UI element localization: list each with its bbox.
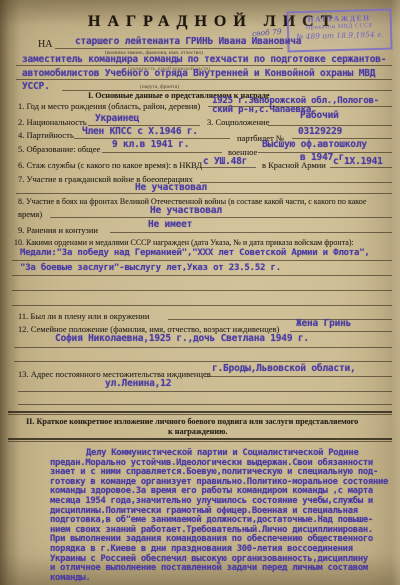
field-12-value-1: Жена Гринь (296, 318, 351, 329)
position-line-2: автомобилистов Учебного отряда Внутренне… (22, 68, 375, 79)
field-10-value-2: "За боевые заслуги"-выслугу лет,Указ от … (20, 263, 281, 273)
field-3-value: Рабочий (300, 110, 339, 121)
field-6-value: с УШ.48г (203, 156, 247, 167)
citation-line: При выполнении задания командования по о… (50, 534, 373, 544)
citation-line: подготовка,в об"еме занимаемой должности… (50, 515, 373, 525)
citation-line: порядка в г.Киеве в дни празднования 300… (50, 544, 353, 554)
form-line (14, 361, 392, 362)
award-stamp: НАГРАЖДЕН Приказом МВД СССР № 489 от 18.… (286, 9, 392, 53)
citation-line: и отличное выполнение поставленной задач… (50, 563, 368, 573)
form-line (14, 347, 392, 348)
field-13-value-2: ул.Ленина,12 (105, 378, 171, 389)
field-6-label: 6. Стаж службы (с какого по какое время)… (18, 160, 202, 170)
form-line (12, 290, 392, 291)
field-4-value: Член КПСС с Х.1946 г. (82, 126, 198, 137)
field-4b-value: 03129229 (298, 126, 342, 137)
field-3-label: 3. Соцположение (207, 117, 269, 127)
na-label: НА (38, 39, 52, 50)
field-2-label: 2. Национальность (18, 117, 87, 127)
field-6b-value: с 1Х.1941 (333, 156, 383, 167)
field-5-value: 9 кл.в 1941 г. (112, 139, 189, 150)
citation-line: команды здоровое.За время его работы ком… (50, 486, 373, 496)
field-1-label: 1. Год и место рождения (область, район,… (18, 101, 200, 111)
form-line (208, 106, 392, 107)
citation-line: Делу Коммунистической партии и Социалист… (86, 448, 359, 458)
field-8-label-2: время) (18, 209, 42, 219)
field-11-label: 11. Был ли в плену или в окружении (18, 311, 149, 321)
form-line (12, 260, 392, 261)
form-line (18, 391, 392, 392)
field-6b-label: в Красной Армии (262, 160, 326, 170)
form-line (205, 376, 392, 377)
position-line-1: заместитель командира команды по техчаст… (22, 54, 386, 65)
section-divider (8, 414, 392, 415)
recipient-name: старшего лейтенанта ГРИНЬ Ивана Иванович… (75, 36, 301, 47)
form-line (200, 167, 256, 168)
form-line (290, 331, 392, 332)
section-divider (8, 411, 392, 413)
position-line-3: УССР. (22, 81, 50, 92)
form-line (50, 217, 392, 218)
field-5-label: 5. Образование: общее (18, 144, 100, 154)
citation-line: месяца 1954 года,значительно улучшилось … (50, 496, 373, 506)
field-4-label: 4. Партийность (18, 130, 74, 140)
form-line (18, 404, 392, 405)
field-10-label: 10. Какими орденами и медалями СССР нагр… (14, 238, 354, 247)
section-divider (8, 438, 392, 440)
field-8-value: Не участвовал (150, 205, 222, 216)
award-sheet-document: НАГРАДНОЙ ЛИСТ НАГРАЖДЕН Приказом МВД СС… (0, 0, 400, 585)
field-7-value: Не участвовал (135, 182, 207, 193)
field-10-value-1: Медали:"За победу над Германией","ХХХ ле… (20, 248, 370, 258)
field-12-value-2: София Николаевна,1925 г.,дочь Светлана 1… (55, 333, 309, 344)
field-9-value: Не имеет (148, 219, 192, 230)
section-2-heading-2: к награждению. (168, 427, 227, 436)
field-13-value-1: г.Броды,Львовской области, (212, 363, 356, 374)
form-line (200, 182, 392, 183)
section-divider (8, 441, 392, 442)
form-line (12, 275, 392, 276)
okrug-sublabel: (округа, фронта) (140, 84, 179, 90)
field-9-label: 9. Ранения и контузии (18, 225, 98, 235)
form-line (110, 232, 392, 233)
section-2-heading-1: II. Краткое конкретное изложение личного… (26, 417, 358, 426)
form-line (55, 48, 283, 49)
form-line (330, 167, 392, 168)
form-line (16, 79, 392, 80)
form-line (102, 152, 222, 153)
form-line (16, 193, 392, 194)
citation-line: команды. (50, 573, 90, 583)
field-5b-value: Высшую оф.автошколу (262, 139, 367, 150)
citation-line: знает и с ними справляется.Боевую,полити… (50, 467, 378, 477)
form-line (12, 305, 392, 306)
field-2-value: Украинец (95, 113, 139, 124)
form-line (168, 319, 392, 320)
stamp-line-3: № 489 от 18.9.1954 г. (289, 30, 390, 42)
